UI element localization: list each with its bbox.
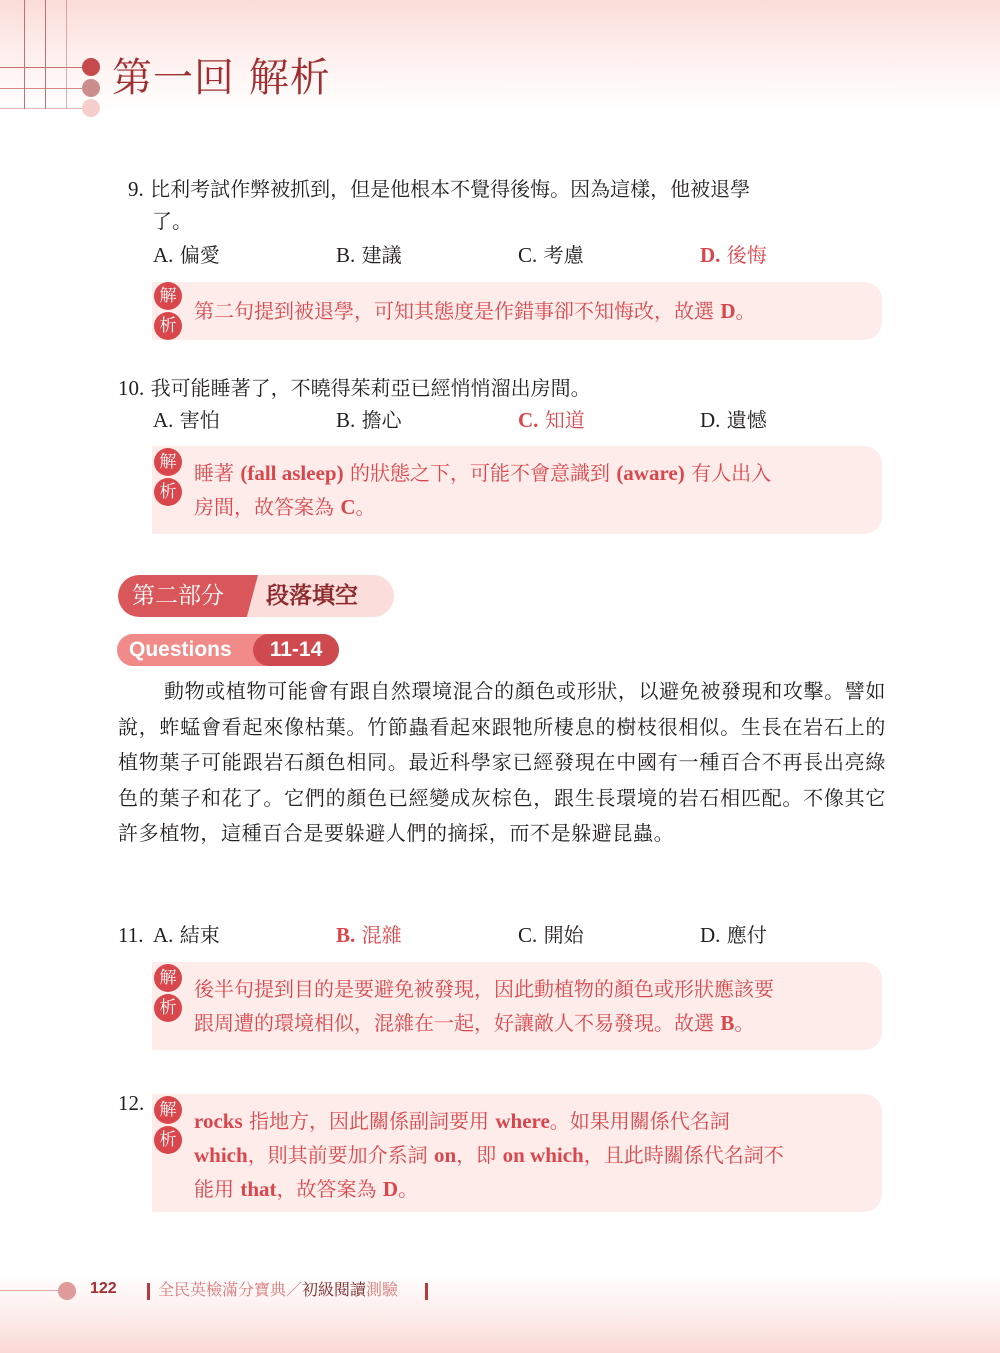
explanation-badge-icon: 解 析 bbox=[154, 1096, 184, 1156]
footer-divider bbox=[425, 1283, 428, 1300]
deco-dot-icon bbox=[82, 79, 100, 97]
page-title: 第一回 解析 bbox=[112, 58, 331, 98]
explanation-text: rocks 指地方，因此關係副詞要用 where。如果用關係代名詞 which，… bbox=[194, 1104, 864, 1206]
section-header: 第二部分 段落填空 bbox=[118, 575, 394, 617]
question-9-text: 9. 比利考試作弊被抓到，但是他根本不覺得後悔。因為這樣，他被退學 bbox=[128, 172, 750, 206]
deco-line bbox=[45, 0, 46, 109]
book-title: 全民英檢滿分寶典／初級閱讀測驗 bbox=[158, 1279, 398, 1301]
questions-range: 11-14 bbox=[253, 634, 339, 666]
questions-label: Questions bbox=[129, 637, 232, 663]
reading-passage: 動物或植物可能會有跟自然環境混合的顏色或形狀，以避免被發現和攻擊。譬如說，蚱蜢會… bbox=[118, 674, 886, 852]
question-9-option-a: A. 偏愛 bbox=[153, 240, 220, 270]
explanation-badge-icon: 解 析 bbox=[154, 282, 184, 342]
question-10-option-b: B. 擔心 bbox=[336, 405, 402, 435]
explanation-box-10: 解 析 睡著 (fall asleep) 的狀態之下，可能不會意識到 (awar… bbox=[152, 446, 882, 534]
section-part-label: 第二部分 bbox=[132, 581, 224, 611]
explanation-box-11: 解 析 後半句提到目的是要避免被發現，因此動植物的顏色或形狀應該要 跟周遭的環境… bbox=[152, 962, 882, 1050]
deco-line bbox=[24, 0, 25, 109]
explanation-box-12: 解 析 rocks 指地方，因此關係副詞要用 where。如果用關係代名詞 wh… bbox=[152, 1094, 882, 1212]
deco-line bbox=[0, 88, 90, 89]
explanation-text: 後半句提到目的是要避免被發現，因此動植物的顏色或形狀應該要 跟周遭的環境相似，混… bbox=[194, 972, 864, 1040]
question-10-option-c-correct: C. 知道 bbox=[518, 405, 585, 435]
explanation-text: 第二句提到被退學，可知其態度是作錯事卻不知悔改，故選 D。 bbox=[194, 294, 864, 328]
footer-dot-icon bbox=[58, 1282, 76, 1300]
questions-range-badge: Questions 11-14 bbox=[117, 634, 339, 666]
deco-dot-icon bbox=[82, 99, 100, 117]
question-11-option-a: A. 結束 bbox=[153, 920, 220, 950]
question-9-text-cont: 了。 bbox=[152, 204, 192, 238]
question-9-option-b: B. 建議 bbox=[336, 240, 402, 270]
deco-line bbox=[66, 0, 67, 109]
question-11-option-d: D. 應付 bbox=[700, 920, 767, 950]
question-10-option-a: A. 害怕 bbox=[153, 405, 220, 435]
question-10-option-d: D. 遺憾 bbox=[700, 405, 767, 435]
explanation-badge-icon: 解 析 bbox=[154, 448, 184, 508]
question-10-text: 10. 我可能睡著了，不曉得茱莉亞已經悄悄溜出房間。 bbox=[118, 371, 591, 405]
question-11-option-b-correct: B. 混雜 bbox=[336, 920, 402, 950]
footer-background bbox=[0, 1273, 1000, 1353]
footer-divider bbox=[147, 1283, 150, 1300]
question-11-option-c: C. 開始 bbox=[518, 920, 584, 950]
section-part-title: 段落填空 bbox=[266, 581, 358, 611]
question-11-number: 11. bbox=[118, 920, 143, 950]
question-9-option-d-correct: D. 後悔 bbox=[700, 240, 767, 270]
question-12-number: 12. bbox=[118, 1088, 144, 1118]
deco-dot-icon bbox=[82, 58, 100, 76]
footer-line bbox=[0, 1290, 62, 1291]
page-number: 122 bbox=[90, 1280, 117, 1298]
explanation-badge-icon: 解 析 bbox=[154, 964, 184, 1024]
explanation-box-9: 解 析 第二句提到被退學，可知其態度是作錯事卻不知悔改，故選 D。 bbox=[152, 282, 882, 340]
deco-line bbox=[0, 67, 90, 68]
explanation-text: 睡著 (fall asleep) 的狀態之下，可能不會意識到 (aware) 有… bbox=[194, 456, 864, 524]
question-9-option-c: C. 考慮 bbox=[518, 240, 584, 270]
deco-line bbox=[0, 108, 90, 109]
